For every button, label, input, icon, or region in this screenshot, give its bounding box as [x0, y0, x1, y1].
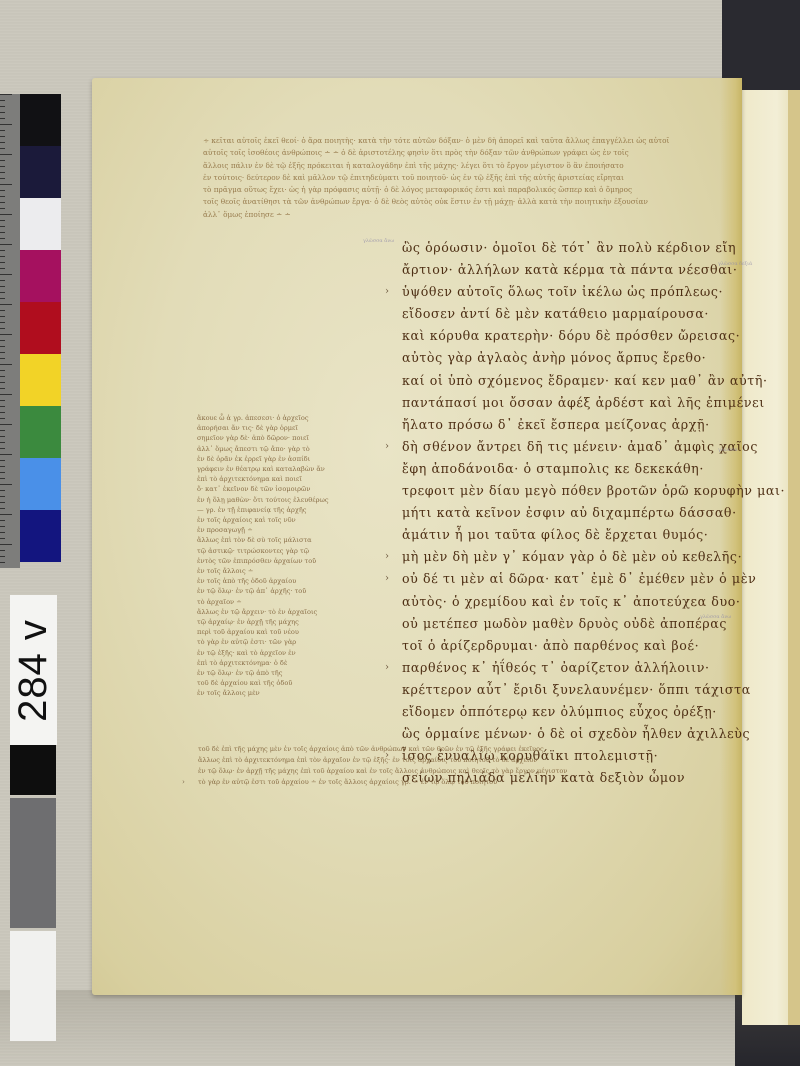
scholia-left-line: τῷ ἀρχαίῳ· ἐν ἀρχῇ τῆς μάχης: [197, 617, 359, 627]
main-text-text: ὣς ὁρμαίνε μένων· ὁ δὲ οἱ σχεδὸν ἦλθεν ἀ…: [402, 726, 750, 741]
scholia-left-line: ἐπὶ τὸ ἀρχιτεκτόνημα καὶ ποιεῖ: [197, 474, 359, 484]
ruler-tick: [0, 106, 5, 107]
ruler-tick: [0, 124, 12, 125]
color-patch-white: [20, 198, 61, 250]
scholia-left-line: ἀλλ᾽ ὅμως ἄπεστι τῷ ἄπο· γὰρ τὸ: [197, 444, 359, 454]
ruler-tick: [0, 484, 12, 485]
scholia-left-text: ἐν δὲ ὁρᾶν ἐκ ἐρρεῖ γὰρ ἐν ἀσπίδι: [197, 455, 310, 463]
ruler-tick: [0, 550, 5, 551]
ruler-tick: [0, 454, 12, 455]
ruler-tick: [0, 352, 5, 353]
main-text-line: κρέττερον αὖτ᾽ ἔριδι ξυνελαυνέμεν· ὅππι …: [402, 679, 757, 701]
scholia-top-line: ἐν τούτοις· δεύτερον δὲ καὶ μᾶλλον τῷ ἐπ…: [203, 172, 708, 184]
scholia-left-text: ἄκουε ὦ ἀ γρ. ἀπεσεσι· ὁ ἀρχεῖος: [197, 414, 309, 422]
scholia-left-text: περὶ τοῦ ἀρχαίου καὶ τοῦ νέου: [197, 628, 299, 636]
scholia-left-line: τὸ ἀρχαῖον ∸: [197, 597, 359, 607]
scholia-left-text: ἐντὸς τῶν ἐπιπρόσθεν ἀρχαίων τοῦ: [197, 557, 316, 565]
ruler-tick: [0, 274, 12, 275]
scholia-left-line: ἀπορήσαι ἄν τις· δὲ γὰρ ὁρμεῖ: [197, 423, 359, 433]
main-text-text: οὐ μετέπεσ μωδὸν μαθὲν δρυὸς οὐδὲ ἀποπέρ…: [402, 616, 727, 631]
ruler-tick: [0, 292, 5, 293]
scholia-top-line: ἄλλοις πάλιν ἐν δὲ τῷ ἑξῆς πρόκειται ἡ κ…: [203, 160, 708, 172]
margin-marker-icon: ›: [385, 657, 390, 679]
main-text-text: εἴδομεν ὁππότερῳ κεν ὀλύμπιος εὖχος ὀρέξ…: [402, 704, 717, 719]
ruler-tick: [0, 286, 5, 287]
main-text-text: παρθένος κ᾽ ἠΐθεός τ᾽ ὀαρίζετον ἀλλήλοιι…: [402, 660, 710, 675]
ruler-tick: [0, 202, 5, 203]
ruler-tick: [0, 160, 5, 161]
scholia-left-text: γράφειν ἐν θέατρῳ καὶ καταλαβὼν ἄν: [197, 465, 325, 473]
ruler-tick: [0, 478, 5, 479]
scholia-bottom-line: ἐν τῷ ὅλῳ· ἐν ἀρχῇ τῆς μάχης ἐπὶ τοῦ ἀρχ…: [198, 766, 718, 777]
scholia-left-line: ἐν τῷ ὅλῳ· ἐν τῷ ἀπ᾽ ἀρχῆς· τοῦ: [197, 586, 359, 596]
ruler-tick: [0, 394, 12, 395]
main-text-text: κρέττερον αὖτ᾽ ἔριδι ξυνελαυνέμεν· ὅππι …: [402, 682, 751, 697]
scholia-left-line: σημεῖον γὰρ δὲ· ἀπὸ δῶρον· ποιεῖ: [197, 433, 359, 443]
ruler-tick: [0, 334, 12, 335]
scholia-left-line: ἐν τῷ ἑξῆς· καὶ τὸ ἀρχεῖον ἐν: [197, 648, 359, 658]
main-text-line: καὶ κόρυθα κρατερὴν· δόρυ δὲ πρόσθεν ὤρε…: [402, 325, 757, 347]
main-text-text: καὶ κόρυθα κρατερὴν· δόρυ δὲ πρόσθεν ὤρε…: [402, 328, 740, 343]
scholia-top-block: ∻ κεῖται αὐτοῖς ἐκεῖ θεοί· ὁ ἄρα ποιητὴς…: [203, 135, 708, 221]
scholia-left-text: ἀπορήσαι ἄν τις· δὲ γὰρ ὁρμεῖ: [197, 424, 298, 432]
scholia-left-line: ἐν τοῖς ἄλλοις ∸: [197, 566, 359, 576]
main-text-text: μήτι κατὰ κεῖνον ἐσφιν αὐ διχαμπέρτω δάσ…: [402, 505, 737, 520]
color-patch-red: [20, 302, 61, 354]
ruler-tick: [0, 196, 5, 197]
ruler-tick: [0, 370, 5, 371]
main-text-block: ὣς ὁρόωσιν· ὁμοῖοι δὲ τότ᾽ ἂν πολὺ κέρδι…: [402, 237, 757, 789]
scholia-top-text: τὸ πρᾶγμα οὕτως ἔχει· ὡς ἡ γὰρ πρόφασις …: [203, 185, 632, 194]
scholia-left-line: τὸ γὰρ ἐν αὐτῷ ἐστι· τῶν γὰρ: [197, 637, 359, 647]
main-text-text: ἄρτιον· ἀλλήλων κατὰ κέρμα τὰ πάντα νέεσ…: [402, 262, 737, 277]
ruler-tick: [0, 562, 5, 563]
main-text-line: ἄρτιον· ἀλλήλων κατὰ κέρμα τὰ πάντα νέεσ…: [402, 259, 757, 281]
main-text-text: ὑψόθεν αὐτοῖς ὅλως τοῖν ἰκέλω ὡς πρόπλεω…: [402, 284, 723, 299]
ruler-tick: [0, 346, 5, 347]
ruler-tick: [0, 148, 5, 149]
gray-patch-black: [10, 745, 56, 795]
scholia-left-text: ἄλλως ἐν τῷ ἄρχειν· τὸ ἐν ἀρχαῖοις: [197, 608, 317, 616]
gray-patch-gray: [10, 798, 56, 928]
scholia-left-text: — γρ. ἐν τῇ ἐπιφανείᾳ τῆς ἀρχῆς: [197, 506, 306, 514]
ruler-tick: [0, 508, 5, 509]
scholia-left-line: περὶ τοῦ ἀρχαίου καὶ τοῦ νέου: [197, 627, 359, 637]
scholia-left-text: ἀλλ᾽ ὅμως ἄπεστι τῷ ἄπο· γὰρ τὸ: [197, 445, 310, 453]
scholia-left-line: — γρ. ἐν τῇ ἐπιφανείᾳ τῆς ἀρχῆς: [197, 505, 359, 515]
scholia-left-line: ἄλλως ἐπὶ τὸν δὲ σὺ τοῖς μάλιστα: [197, 535, 359, 545]
ruler-tick: [0, 220, 5, 221]
ruler-tick: [0, 424, 12, 425]
main-text-text: αὐτὸς· ὁ χρεμίδου καὶ ἐν τοῖς κ᾽ ἀποτεύχ…: [402, 594, 741, 609]
scholia-left-text: ἐν τῷ ἑξῆς· καὶ τὸ ἀρχεῖον ἐν: [197, 649, 296, 657]
ruler-tick: [0, 262, 5, 263]
scholia-left-text: τὸ γὰρ ἐν αὐτῷ ἐστι· τῶν γὰρ: [197, 638, 296, 646]
gray-scale-strip: [10, 745, 56, 1044]
scholia-left-line: ἐν τοῖς ἄλλοις μὲν: [197, 688, 359, 698]
scholia-left-line: ἐν τοῖς ἀπὸ τῆς ὁδοῦ ἀρχαίου: [197, 576, 359, 586]
ruler-tick: [0, 448, 5, 449]
scholia-top-line: ∻ κεῖται αὐτοῖς ἐκεῖ θεοί· ὁ ἄρα ποιητὴς…: [203, 135, 708, 147]
main-text-text: παντάπασί μοι ὄσσαν ἀφέξ ἀρδέστ καὶ λῆς …: [402, 395, 765, 410]
ruler-tick: [0, 544, 12, 545]
cloth-shadow: [0, 990, 800, 1066]
ruler-tick: [0, 136, 5, 137]
scholia-left-text: τοῦ δὲ ἀρχαίου καὶ τῆς ὁδοῦ: [197, 679, 292, 687]
ruler-tick: [0, 532, 5, 533]
main-text-line: αὐτὸς γὰρ ἀγλαὸς ἀνὴρ μόνος ἄρπυς ἔρεθο·: [402, 347, 757, 369]
ruler-tick: [0, 466, 5, 467]
ruler-tick: [0, 490, 5, 491]
ruler-tick: [0, 514, 12, 515]
ruler-tick: [0, 250, 5, 251]
main-text-line: τοῖ ὁ ἀρίζερδρυμαι· ἀπὸ παρθένος καὶ βοέ…: [402, 635, 757, 657]
scholia-left-line: ἄκουε ὦ ἀ γρ. ἀπεσεσι· ὁ ἀρχεῖος: [197, 413, 359, 423]
ruler-tick: [0, 100, 5, 101]
color-patch-green: [20, 406, 61, 458]
scholia-left-text: ἐν τῷ ὅλῳ· ἐν τῷ ἀπὸ τῆς: [197, 669, 282, 677]
ruler-tick: [0, 406, 5, 407]
scholia-top-line: τοῖς θεοῖς ἀνατίθησι τὰ τῶν ἀνθρώπων ἔργ…: [203, 196, 708, 208]
ruler-tick: [0, 310, 5, 311]
scholia-top-line: αὐτοῖς τοῖς ἰσοθέοις ἀνθρώποις ∸ ∸ ὁ δὲ …: [203, 147, 708, 159]
main-text-line: εἴδομεν ὁππότερῳ κεν ὀλύμπιος εὖχος ὀρέξ…: [402, 701, 757, 723]
gloss-note: γλῶσσα ἄνω: [700, 615, 731, 621]
scholia-left-text: σημεῖον γὰρ δὲ· ἀπὸ δῶρον· ποιεῖ: [197, 434, 309, 442]
main-text-text: δὴ σθένον ἄντρει δῆ τις μένειν· ἀμαδ᾽ ἀμ…: [402, 439, 758, 454]
scholia-top-text: ἀλλ᾽ ὅμως ἐποίησε ∸ ∸: [203, 210, 291, 219]
main-text-text: ὣς ὁρόωσιν· ὁμοῖοι δὲ τότ᾽ ἂν πολὺ κέρδι…: [402, 240, 736, 255]
scholia-top-text: ∻ κεῖται αὐτοῖς ἐκεῖ θεοί· ὁ ἄρα ποιητὴς…: [203, 136, 669, 145]
ruler-tick: [0, 172, 5, 173]
scholia-bottom-text: τὸ γὰρ ἐν αὐτῷ ἐστι τοῦ ἀρχαίου ∸ ἐν τοῖ…: [198, 778, 497, 786]
ruler-tick: [0, 364, 12, 365]
main-text-text: μὴ μὲν δὴ μὲν γ᾽ κόμαν γὰρ ὁ δὲ μὲν οὐ κ…: [402, 549, 742, 564]
scholia-bottom-block: τοῦ δὲ ἐπὶ τῆς μάχης μὲν ἐν τοῖς ἀρχαίοι…: [198, 744, 718, 788]
main-text-line: ›παρθένος κ᾽ ἠΐθεός τ᾽ ὀαρίζετον ἀλλήλοι…: [402, 657, 757, 679]
ruler-tick: [0, 328, 5, 329]
gray-patch-white: [10, 931, 56, 1041]
ruler-tick: [0, 268, 5, 269]
main-text-line: εἴδοσεν ἀντί δὲ μὲν κατάθειο μαρμαίρουσα…: [402, 303, 757, 325]
scholia-left-line: τοῦ δὲ ἀρχαίου καὶ τῆς ὁδοῦ: [197, 678, 359, 688]
ruler-tick: [0, 130, 5, 131]
color-patch-dark-blue: [20, 146, 61, 198]
ruler-tick: [0, 118, 5, 119]
ruler-tick: [0, 322, 5, 323]
ruler-tick: [0, 166, 5, 167]
ruler-tick: [0, 556, 5, 557]
ruler-tick: [0, 184, 12, 185]
scholia-left-text: ἐν τοῖς ἀρχαίοις καὶ τοῖς νῦν: [197, 516, 296, 524]
main-text-line: ›δὴ σθένον ἄντρει δῆ τις μένειν· ἀμαδ᾽ ἀ…: [402, 436, 757, 458]
main-text-line: ›μὴ μὲν δὴ μὲν γ᾽ κόμαν γὰρ ὁ δὲ μὲν οὐ …: [402, 546, 757, 568]
ruler-tick: [0, 538, 5, 539]
color-patch-navy: [20, 510, 61, 562]
margin-marker-icon: ›: [385, 281, 390, 303]
scholia-left-line: τῷ ἀστικῷ· τιτρώσκοντες γὰρ τῷ: [197, 546, 359, 556]
scholia-top-text: τοῖς θεοῖς ἀνατίθησι τὰ τῶν ἀνθρώπων ἔργ…: [203, 197, 648, 206]
scholia-top-text: ἄλλοις πάλιν ἐν δὲ τῷ ἑξῆς πρόκειται ἡ κ…: [203, 161, 624, 170]
ruler-tick: [0, 208, 5, 209]
main-text-line: ›οὐ δέ τι μὲν αἱ δῶρα· κατ᾽ ἐμὲ δ᾽ ἐμέθε…: [402, 568, 757, 590]
scholia-left-line: ἐντὸς τῶν ἐπιπρόσθεν ἀρχαίων τοῦ: [197, 556, 359, 566]
ruler-tick: [0, 520, 5, 521]
ruler-tick: [0, 358, 5, 359]
main-text-line: ἀμάτιν ἦ μοι ταῦτα φίλος δὲ ἔρχεται θυμό…: [402, 524, 757, 546]
scholia-bottom-text: ἐν τῷ ὅλῳ· ἐν ἀρχῇ τῆς μάχης ἐπὶ τοῦ ἀρχ…: [198, 767, 567, 775]
scholia-left-line: ἐν ἡ ὅλῃ μαθὼν· ὅτι τούτοις ἐλευθέρως: [197, 495, 359, 505]
ruler-tick: [0, 340, 5, 341]
gloss-note: γλῶσσα: [718, 448, 738, 454]
ruler-tick: [0, 190, 5, 191]
book-fore-edge: [788, 90, 800, 1025]
ruler-tick: [0, 382, 5, 383]
scholia-left-text: τῷ ἀστικῷ· τιτρώσκοντες γὰρ τῷ: [197, 547, 309, 555]
margin-marker-icon: ›: [385, 546, 390, 568]
color-patch-cyan-blue: [20, 458, 61, 510]
ruler-tick: [0, 154, 12, 155]
color-patch-magenta: [20, 250, 61, 302]
main-text-text: εἴδοσεν ἀντί δὲ μὲν κατάθειο μαρμαίρουσα…: [402, 306, 709, 321]
main-text-line: μήτι κατὰ κεῖνον ἐσφιν αὐ διχαμπέρτω δάσ…: [402, 502, 757, 524]
scholia-left-line: ἄλλως ἐν τῷ ἄρχειν· τὸ ἐν ἀρχαῖοις: [197, 607, 359, 617]
ruler-tick: [0, 418, 5, 419]
ruler-tick: [0, 112, 5, 113]
folio-number: 284 v: [11, 619, 56, 722]
ruler-tick: [0, 280, 5, 281]
ruler-tick: [0, 376, 5, 377]
scholia-left-line: ἐν δὲ ὁρᾶν ἐκ ἐρρεῖ γὰρ ἐν ἀσπίδι: [197, 454, 359, 464]
ruler-tick: [0, 460, 5, 461]
ruler-tick: [0, 238, 5, 239]
color-patch-black: [20, 94, 61, 146]
ruler-tick: [0, 496, 5, 497]
ruler-tick: [0, 94, 12, 95]
ruler-tick: [0, 232, 5, 233]
ruler-tick: [0, 436, 5, 437]
main-text-text: αὐτὸς γὰρ ἀγλαὸς ἀνὴρ μόνος ἄρπυς ἔρεθο·: [402, 350, 706, 365]
ruler-tick: [0, 388, 5, 389]
ruler-tick: [0, 214, 12, 215]
main-text-line: ὣς ὁρμαίνε μένων· ὁ δὲ οἱ σχεδὸν ἦλθεν ἀ…: [402, 723, 757, 745]
margin-marker-icon: ›: [385, 436, 390, 458]
scholia-left-line: ὅ· κατ᾽ ἐκεῖνον δὲ τῶν ἰσομοιρῶν: [197, 484, 359, 494]
scholia-left-text: ἐν προσαγωγῇ ∸: [197, 526, 253, 534]
scholia-left-line: ἐν τῷ ὅλῳ· ἐν τῷ ἀπὸ τῆς: [197, 668, 359, 678]
gloss-note: γλῶσσα ἄνω: [363, 239, 394, 245]
margin-marker-icon: ›: [385, 568, 390, 590]
main-text-line: αὐτὸς· ὁ χρεμίδου καὶ ἐν τοῖς κ᾽ ἀποτεύχ…: [402, 591, 757, 613]
ruler-tick: [0, 244, 12, 245]
scholia-top-text: ἐν τούτοις· δεύτερον δὲ καὶ μᾶλλον τῷ ἐπ…: [203, 173, 624, 182]
ruler-tick: [0, 412, 5, 413]
scholia-top-text: αὐτοῖς τοῖς ἰσοθέοις ἀνθρώποις ∸ ∸ ὁ δὲ …: [203, 148, 629, 157]
gloss-note: γλῶσσα δεξιά: [718, 262, 752, 268]
main-text-text: ἀμάτιν ἦ μοι ταῦτα φίλος δὲ ἔρχεται θυμό…: [402, 527, 708, 542]
ruler-tick: [0, 316, 5, 317]
main-text-text: ἤλατο πρόσω δ᾽ ἐκεῖ ἔσπερα μείζονας ἀρχῇ…: [402, 417, 710, 432]
main-text-text: καί οἱ ὑπὸ σχόμενος ἔδραμεν· καί κεν μαθ…: [402, 373, 768, 388]
scholia-left-line: ἐπὶ τὸ ἀρχιτεκτόνημα· ὁ δὲ: [197, 658, 359, 668]
main-text-line: ›ὑψόθεν αὐτοῖς ὅλως τοῖν ἰκέλω ὡς πρόπλε…: [402, 281, 757, 303]
scholia-left-text: ἐν τοῖς ἄλλοις ∸: [197, 567, 253, 575]
main-text-line: ἔφη ἀποδάνοιδα· ὁ σταμπολις κε δεκεκάθη·: [402, 458, 757, 480]
ruler-tick: [0, 256, 5, 257]
scholia-left-text: ἐν τοῖς ἀπὸ τῆς ὁδοῦ ἀρχαίου: [197, 577, 296, 585]
scholia-left-text: ὅ· κατ᾽ ἐκεῖνον δὲ τῶν ἰσομοιρῶν: [197, 485, 310, 493]
scholia-left-text: ἐν τῷ ὅλῳ· ἐν τῷ ἀπ᾽ ἀρχῆς· τοῦ: [197, 587, 306, 595]
scholia-left-text: τῷ ἀρχαίῳ· ἐν ἀρχῇ τῆς μάχης: [197, 618, 299, 626]
scholia-left-text: ἐπὶ τὸ ἀρχιτεκτόνημα καὶ ποιεῖ: [197, 475, 302, 483]
ruler-tick: [0, 430, 5, 431]
main-text-text: τρεφοιτ μὲν δίαυ μεγὸ πόθεν βροτῶν ὁρῶ κ…: [402, 483, 785, 498]
main-text-line: καί οἱ ὑπὸ σχόμενος ἔδραμεν· καί κεν μαθ…: [402, 370, 757, 392]
ruler-tick: [0, 226, 5, 227]
ruler-tick: [0, 442, 5, 443]
ruler-tick: [0, 502, 5, 503]
color-calibration-patches: [20, 94, 61, 562]
scholia-top-line: ἀλλ᾽ ὅμως ἐποίησε ∸ ∸: [203, 209, 708, 221]
main-text-line: ὣς ὁρόωσιν· ὁμοῖοι δὲ τότ᾽ ἂν πολὺ κέρδι…: [402, 237, 757, 259]
scholia-left-text: ἐν ἡ ὅλῃ μαθὼν· ὅτι τούτοις ἐλευθέρως: [197, 496, 329, 504]
scholia-bottom-text: τοῦ δὲ ἐπὶ τῆς μάχης μὲν ἐν τοῖς ἀρχαίοι…: [198, 745, 544, 753]
scholia-left-line: ἐν τοῖς ἀρχαίοις καὶ τοῖς νῦν: [197, 515, 359, 525]
ruler-tick: [0, 178, 5, 179]
main-text-line: παντάπασί μοι ὄσσαν ἀφέξ ἀρδέστ καὶ λῆς …: [402, 392, 757, 414]
scholia-bottom-line: ἄλλως ἐπὶ τὸ ἀρχιτεκτόνημα ἐπὶ τὸν ἀρχαῖ…: [198, 755, 718, 766]
color-patch-yellow: [20, 354, 61, 406]
ruler-tick: [0, 400, 5, 401]
measurement-ruler: [0, 94, 20, 568]
ruler-tick: [0, 526, 5, 527]
scholia-left-line: γράφειν ἐν θέατρῳ καὶ καταλαβὼν ἄν: [197, 464, 359, 474]
scholia-left-text: ἄλλως ἐπὶ τὸν δὲ σὺ τοῖς μάλιστα: [197, 536, 312, 544]
ruler-tick: [0, 142, 5, 143]
scholia-left-text: ἐν τοῖς ἄλλοις μὲν: [197, 689, 260, 697]
scholia-bottom-text: ἄλλως ἐπὶ τὸ ἀρχιτεκτόνημα ἐπὶ τὸν ἀρχαῖ…: [198, 756, 537, 764]
scholia-left-text: τὸ ἀρχαῖον ∸: [197, 598, 242, 606]
ruler-tick: [0, 472, 5, 473]
main-text-text: ἔφη ἀποδάνοιδα· ὁ σταμπολις κε δεκεκάθη·: [402, 461, 704, 476]
ruler-tick: [0, 304, 12, 305]
main-text-line: ἤλατο πρόσω δ᾽ ἐκεῖ ἔσπερα μείζονας ἀρχῇ…: [402, 414, 757, 436]
main-text-text: οὐ δέ τι μὲν αἱ δῶρα· κατ᾽ ἐμὲ δ᾽ ἐμέθεν…: [402, 571, 756, 586]
scholia-bottom-line: ›τὸ γὰρ ἐν αὐτῷ ἐστι τοῦ ἀρχαίου ∸ ἐν το…: [198, 777, 718, 788]
ruler-tick: [0, 298, 5, 299]
scholia-left-text: ἐπὶ τὸ ἀρχιτεκτόνημα· ὁ δὲ: [197, 659, 287, 667]
main-text-text: τοῖ ὁ ἀρίζερδρυμαι· ἀπὸ παρθένος καὶ βοέ…: [402, 638, 699, 653]
folio-label: 284 v: [10, 595, 57, 745]
scholia-top-line: τὸ πρᾶγμα οὕτως ἔχει· ὡς ἡ γὰρ πρόφασις …: [203, 184, 708, 196]
scholia-left-line: ἐν προσαγωγῇ ∸: [197, 525, 359, 535]
scholia-left-block: ἄκουε ὦ ἀ γρ. ἀπεσεσι· ὁ ἀρχεῖοςἀπορήσαι…: [197, 413, 359, 699]
scholia-bottom-line: τοῦ δὲ ἐπὶ τῆς μάχης μὲν ἐν τοῖς ἀρχαίοι…: [198, 744, 718, 755]
main-text-line: τρεφοιτ μὲν δίαυ μεγὸ πόθεν βροτῶν ὁρῶ κ…: [402, 480, 757, 502]
